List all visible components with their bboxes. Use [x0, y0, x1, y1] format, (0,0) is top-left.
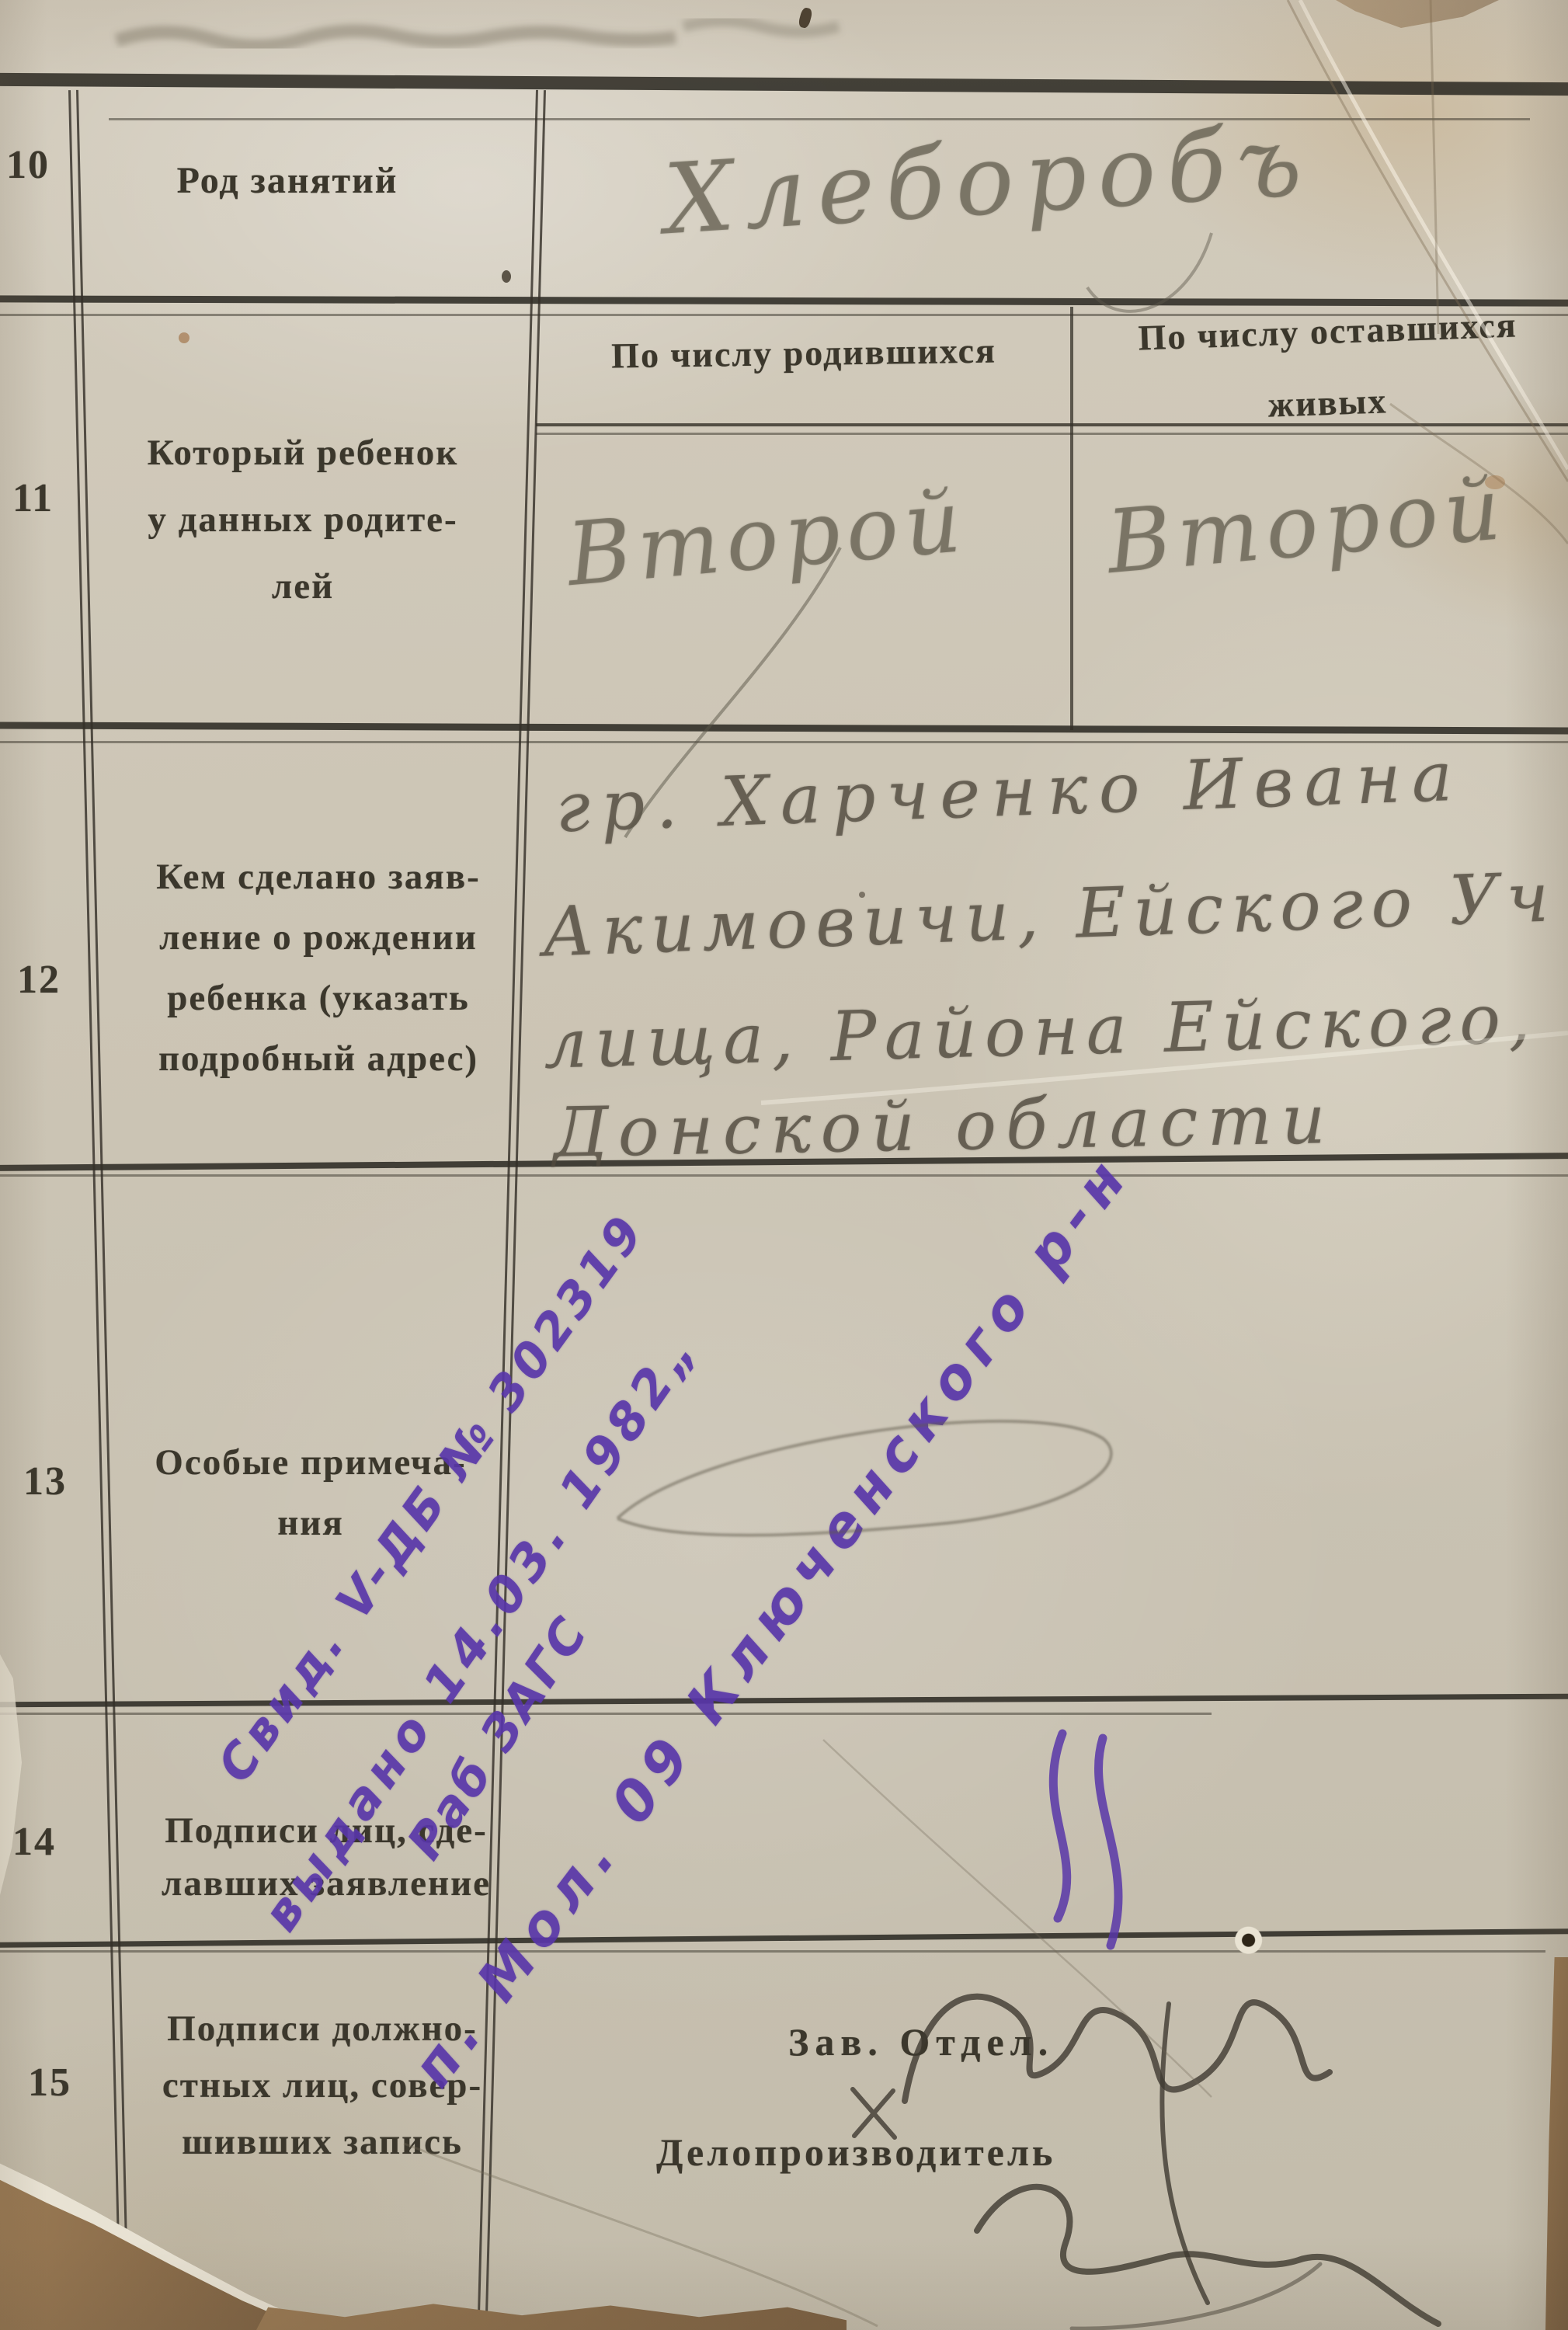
- registry-book-page: 10 11 12 13 14 15 Род занятий Который ре…: [0, 0, 1568, 2330]
- edge-vignette: [0, 0, 1568, 2330]
